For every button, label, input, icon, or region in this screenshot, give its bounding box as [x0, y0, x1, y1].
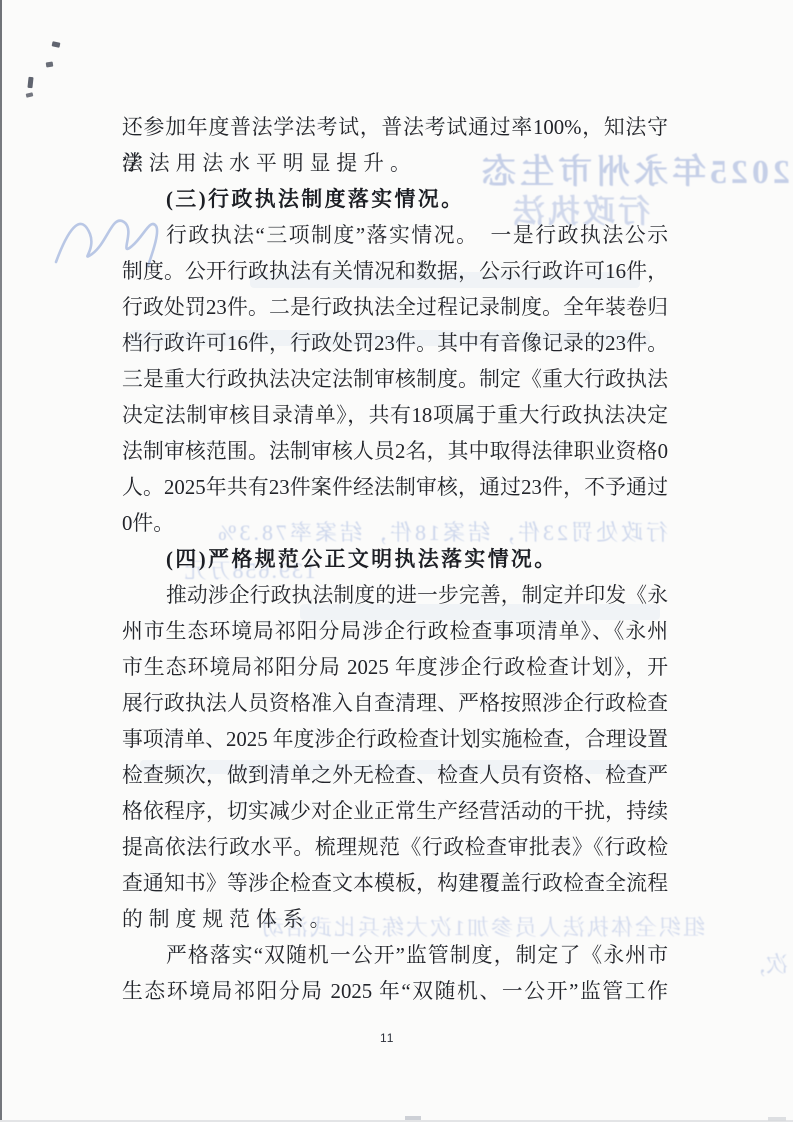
text-line: 制度。公开行政执法有关情况和数据，公示行政许可16件，	[122, 254, 668, 290]
scan-edge-shadow-left	[0, 0, 2, 1122]
ink-speck	[46, 62, 54, 68]
page-number: 11	[380, 1031, 410, 1045]
document-body: 还参加年度普法学法考试，普法考试通过率100%，知法守法 学法用法水平明显提升。…	[122, 110, 668, 1010]
text-line: 推动涉企行政执法制度的进一步完善，制定并印发《永	[122, 578, 668, 614]
text-line: 三是重大行政执法决定法制审核制度。制定《重大行政执法	[122, 362, 668, 398]
text-line: 的制度规范体系。	[122, 902, 668, 938]
text-line: 格依程序，切实减少对企业正常生产经营活动的干扰，持续	[122, 794, 668, 830]
text-line: 展行政执法人员资格准入自查清理、严格按照涉企行政检查	[122, 686, 668, 722]
text-line: 州市生态环境局祁阳分局涉企行政检查事项清单》、《永州	[122, 614, 668, 650]
text-line: 人。2025年共有23件案件经法制审核，通过23件，不予通过	[122, 470, 668, 506]
scan-artifact	[768, 1117, 786, 1121]
section-heading-3: (三)行政执法制度落实情况。	[122, 182, 668, 218]
text-line: 提高依法行政水平。梳理规范《行政检查审批表》《行政检	[122, 830, 668, 866]
text-line: 生态环境局祁阳分局 2025 年“双随机、一公开”监管工作	[122, 974, 668, 1010]
ink-speck	[52, 41, 61, 48]
text-line: 还参加年度普法学法考试，普法考试通过率100%，知法守法	[122, 110, 668, 146]
text-line: 查通知书》等涉企检查文本模板，构建覆盖行政检查全流程	[122, 866, 668, 902]
text-line: 事项清单、2025 年度涉企行政检查计划实施检查，合理设置	[122, 722, 668, 758]
text-line: 市生态环境局祁阳分局 2025 年度涉企行政检查计划》，开	[122, 650, 668, 686]
text-line: 决定法制审核目录清单》，共有18项属于重大行政执法决定	[122, 398, 668, 434]
text-line: 检查频次，做到清单之外无检查、检查人员有资格、检查严	[122, 758, 668, 794]
text-line: 法制审核范围。法制审核人员2名，其中取得法律职业资格0	[122, 434, 668, 470]
scan-artifact	[405, 1116, 421, 1120]
text-line: 行政处罚23件。二是行政执法全过程记录制度。全年装卷归	[122, 290, 668, 326]
ink-speck	[27, 77, 33, 88]
scanned-document-page: 2025年永州市生态 行政执法 行政处罚23件，结案18件，结案率78.3% 1…	[0, 0, 793, 1122]
section-heading-4: (四)严格规范公正文明执法落实情况。	[122, 542, 668, 578]
text-line: 学法用法水平明显提升。	[122, 146, 668, 182]
ink-speck	[26, 92, 34, 98]
text-line: 行政执法“三项制度”落实情况。 一是行政执法公示	[122, 218, 668, 254]
text-line: 严格落实“双随机一公开”监管制度，制定了《永州市	[122, 938, 668, 974]
bleedthrough-lower-line2: 次，	[728, 948, 788, 979]
text-line: 档行政许可16件，行政处罚23件。其中有音像记录的23件。	[122, 326, 668, 362]
text-line: 0件。	[122, 506, 668, 542]
